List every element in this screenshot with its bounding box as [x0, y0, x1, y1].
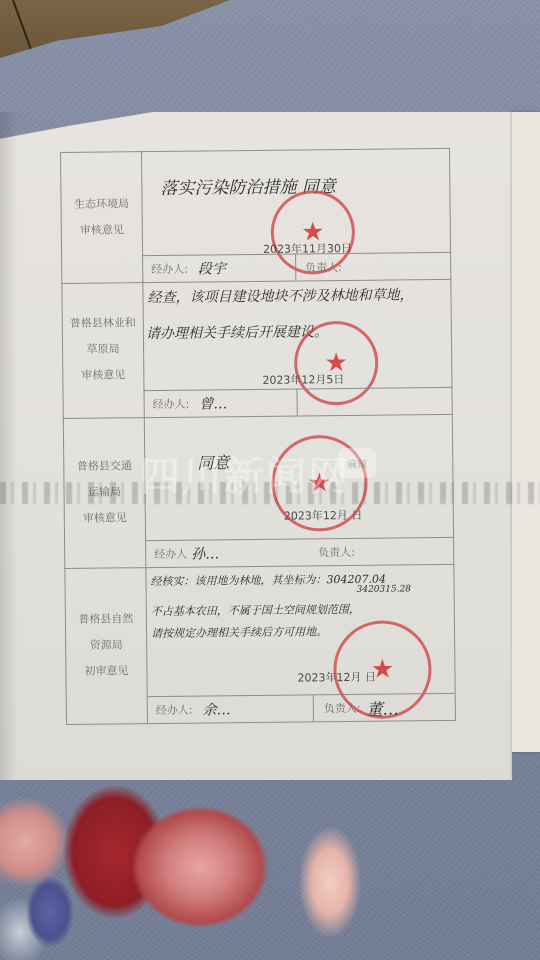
watermark-badge: 麻辣 [338, 448, 376, 478]
section-label: 普格县林业和 草原局 审核意见 [62, 281, 144, 418]
date: 2023年12月 日 [284, 507, 363, 524]
section-label: 普格县自然 资源局 初审意见 [65, 567, 148, 724]
signature-row: 经办人: 余… 负责人: 董… [148, 693, 455, 723]
section-label: 生态环境局 审核意见 [61, 152, 143, 283]
handler-signature: 孙… [191, 543, 219, 563]
section-forestry: 普格县林业和 草原局 审核意见 经查，该项目建设地块不涉及林地和草地， 请办理相… [61, 278, 452, 419]
handler-signature: 段宇 [198, 258, 226, 278]
spine-shadow [0, 112, 18, 780]
handler-signature: 曾… [199, 393, 227, 413]
date: 2023年12月5日 [262, 371, 344, 388]
handwritten-opinion: 经查，该项目建设地块不涉及林地和草地， [147, 284, 413, 307]
handwritten-coordinate: 3420315.28 [357, 584, 412, 595]
section-ecology: 生态环境局 审核意见 落实污染防治措施 同意 ★ 2023年11月30日 经办人… [60, 148, 451, 284]
watermark: 四川新闻网 [140, 445, 350, 502]
approval-form: 生态环境局 审核意见 落实污染防治措施 同意 ★ 2023年11月30日 经办人… [60, 148, 456, 724]
facing-page [512, 112, 540, 752]
date: 2023年12月 日 [297, 669, 376, 686]
section-natural-resources: 普格县自然 资源局 初审意见 经核实：该用地为林地，其坐标为：304207.04… [64, 564, 456, 725]
floral-cloth [0, 782, 540, 960]
handwritten-opinion: 经核实：该用地为林地，其坐标为：304207.04 [150, 571, 386, 589]
signature-row: 经办人 孙… 负责人: [146, 537, 453, 567]
handwritten-opinion: 不占基本农田，不属于国土空间规划范围， [151, 601, 360, 619]
handwritten-opinion: 请按规定办理相关手续后方可用地。 [151, 623, 327, 641]
signature-row: 经办人: 曾… [144, 387, 451, 417]
handler-signature: 余… [202, 699, 230, 719]
responsible-signature: 董… [366, 696, 398, 719]
